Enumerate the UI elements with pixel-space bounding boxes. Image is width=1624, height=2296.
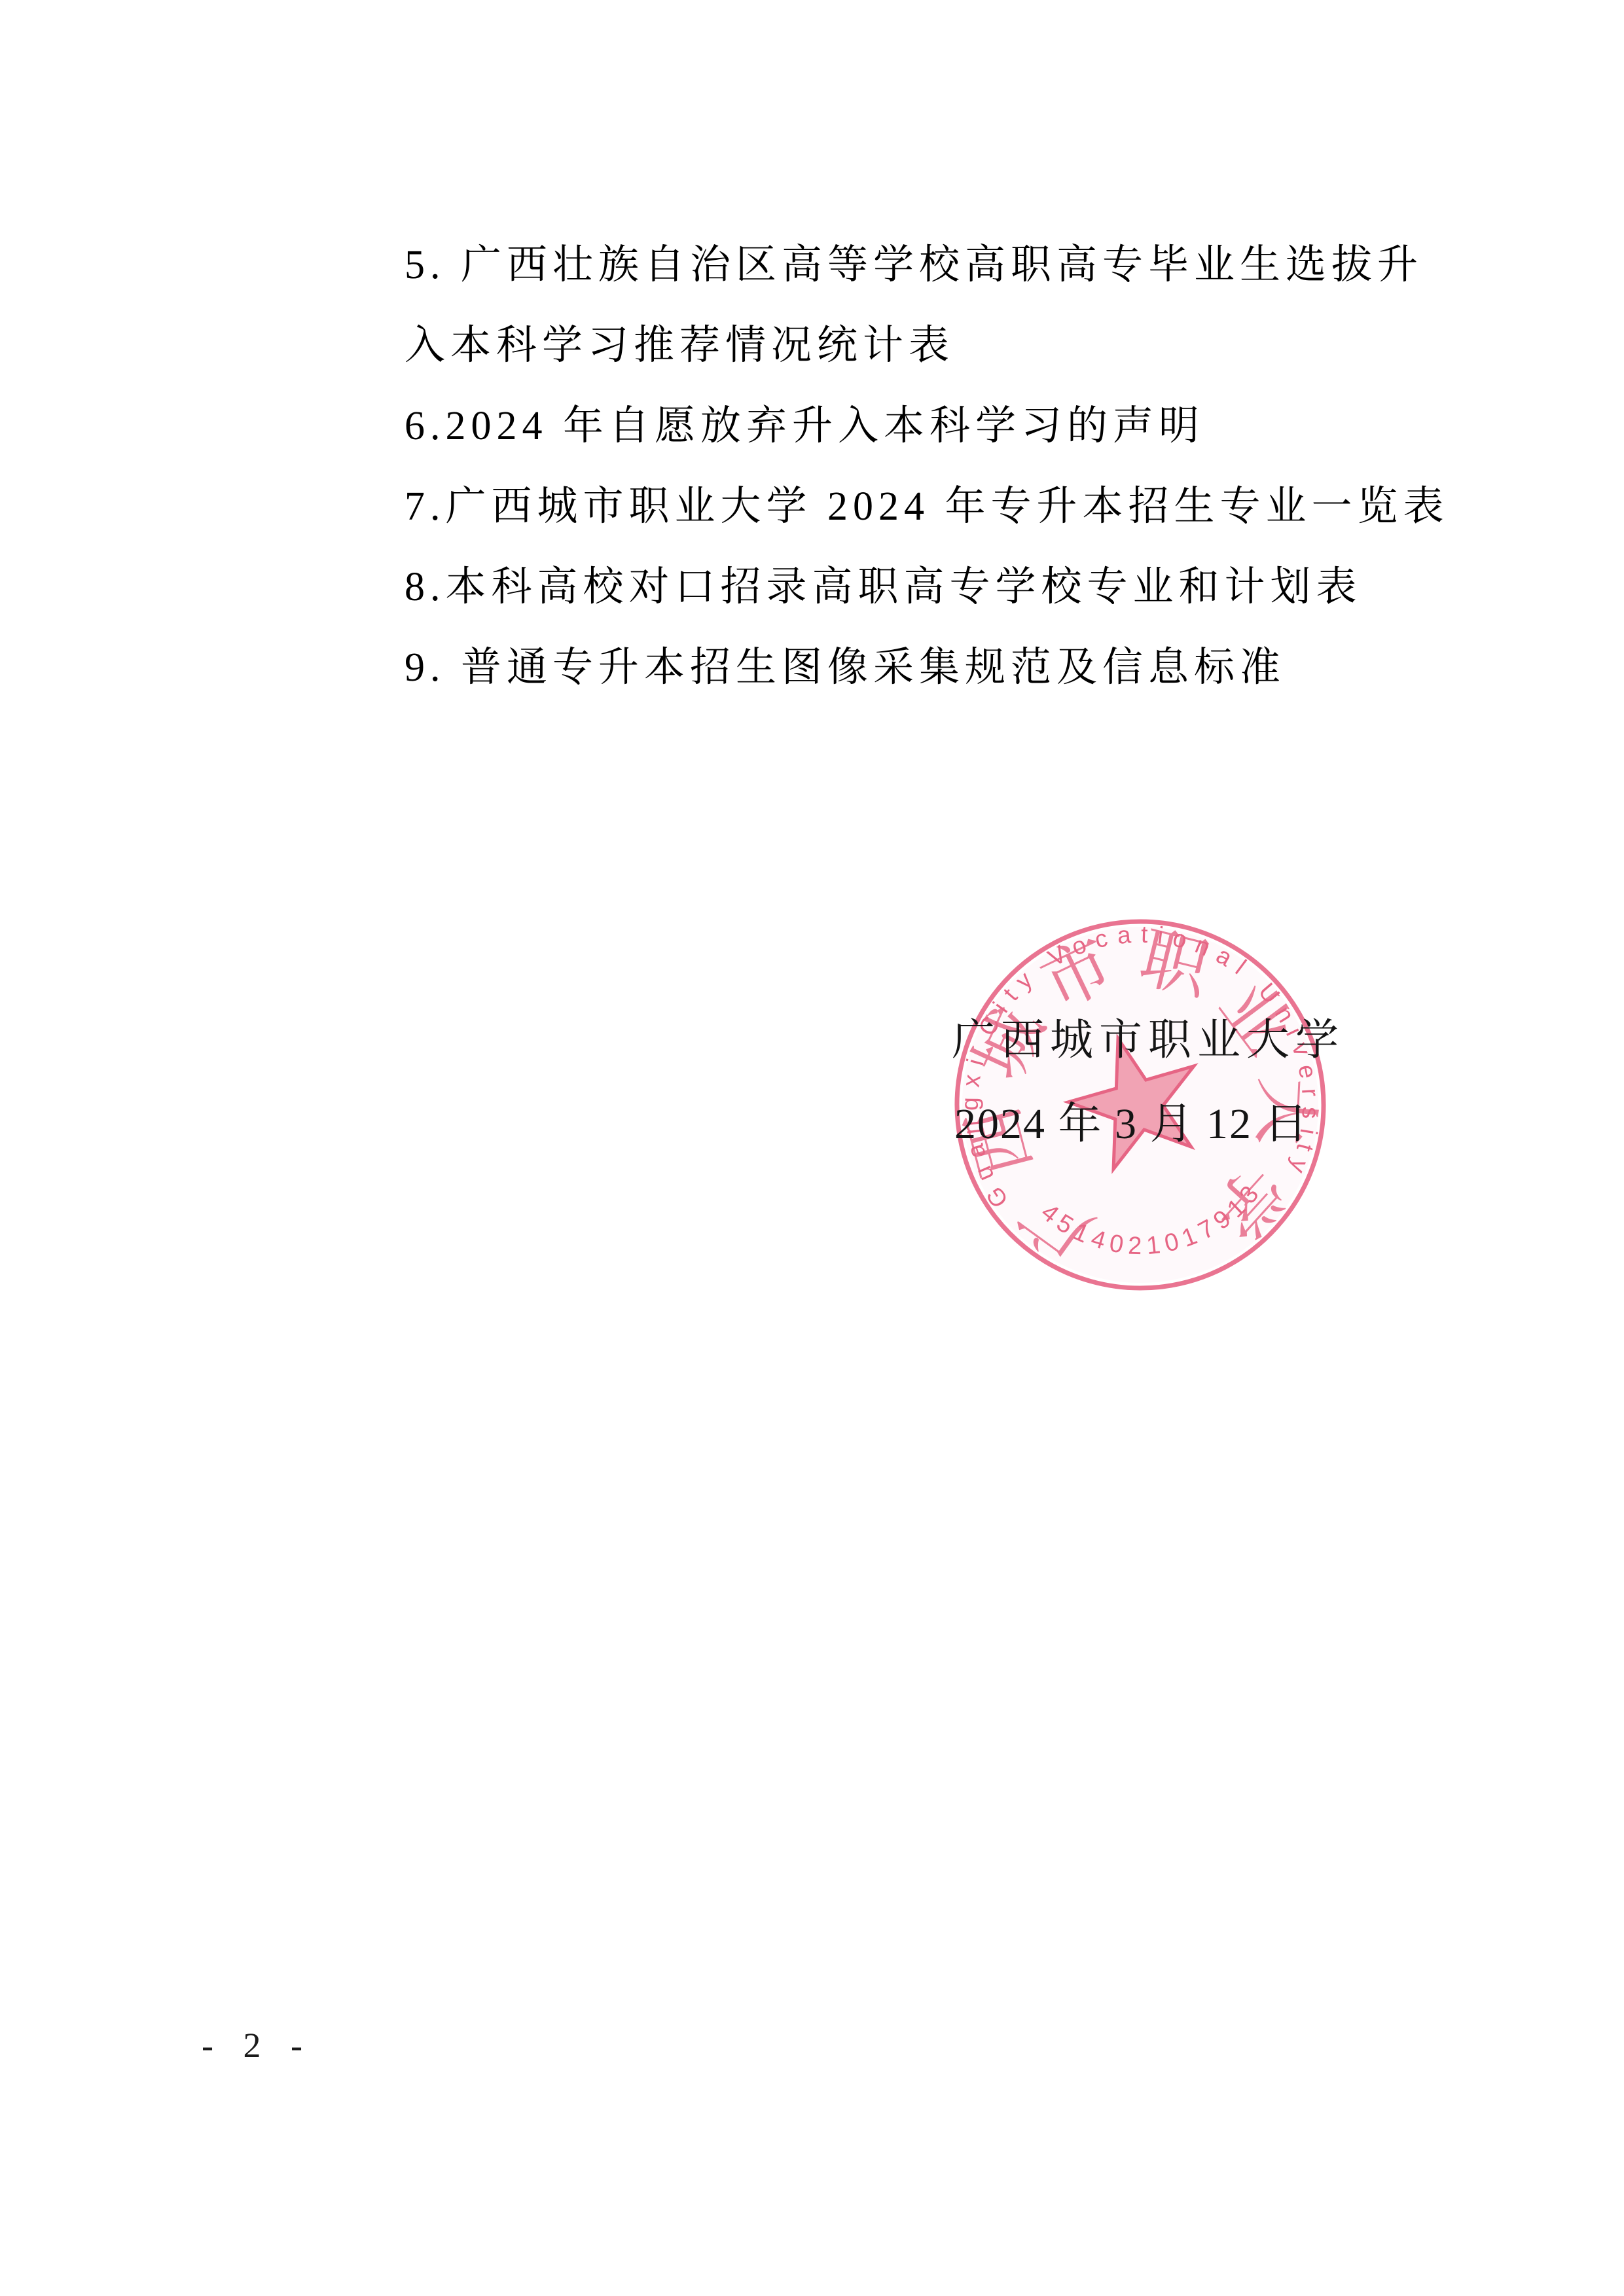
attachment-line: 6.2024 年自愿放弃升入本科学习的声明 [405, 386, 1465, 467]
attachment-list: 5. 广西壮族自治区高等学校高职高专毕业生选拔升 入本科学习推荐情况统计表 6.… [405, 225, 1465, 708]
page-number: - 2 - [202, 2025, 308, 2066]
attachment-line: 9. 普通专升本招生图像采集规范及信息标准 [405, 628, 1465, 708]
issue-date: 2024 年 3 月 12 日 [954, 1098, 1309, 1151]
attachment-line: 入本科学习推荐情况统计表 [405, 306, 1465, 386]
attachment-line: 5. 广西壮族自治区高等学校高职高专毕业生选拔升 [405, 225, 1465, 306]
attachment-line: 8.本科高校对口招录高职高专学校专业和计划表 [405, 547, 1465, 628]
document-page: 5. 广西壮族自治区高等学校高职高专毕业生选拔升 入本科学习推荐情况统计表 6.… [0, 0, 1624, 2296]
attachment-line: 7.广西城市职业大学 2024 年专升本招生专业一览表 [405, 467, 1465, 547]
issuer-name: 广西城市职业大学 [952, 1014, 1344, 1067]
